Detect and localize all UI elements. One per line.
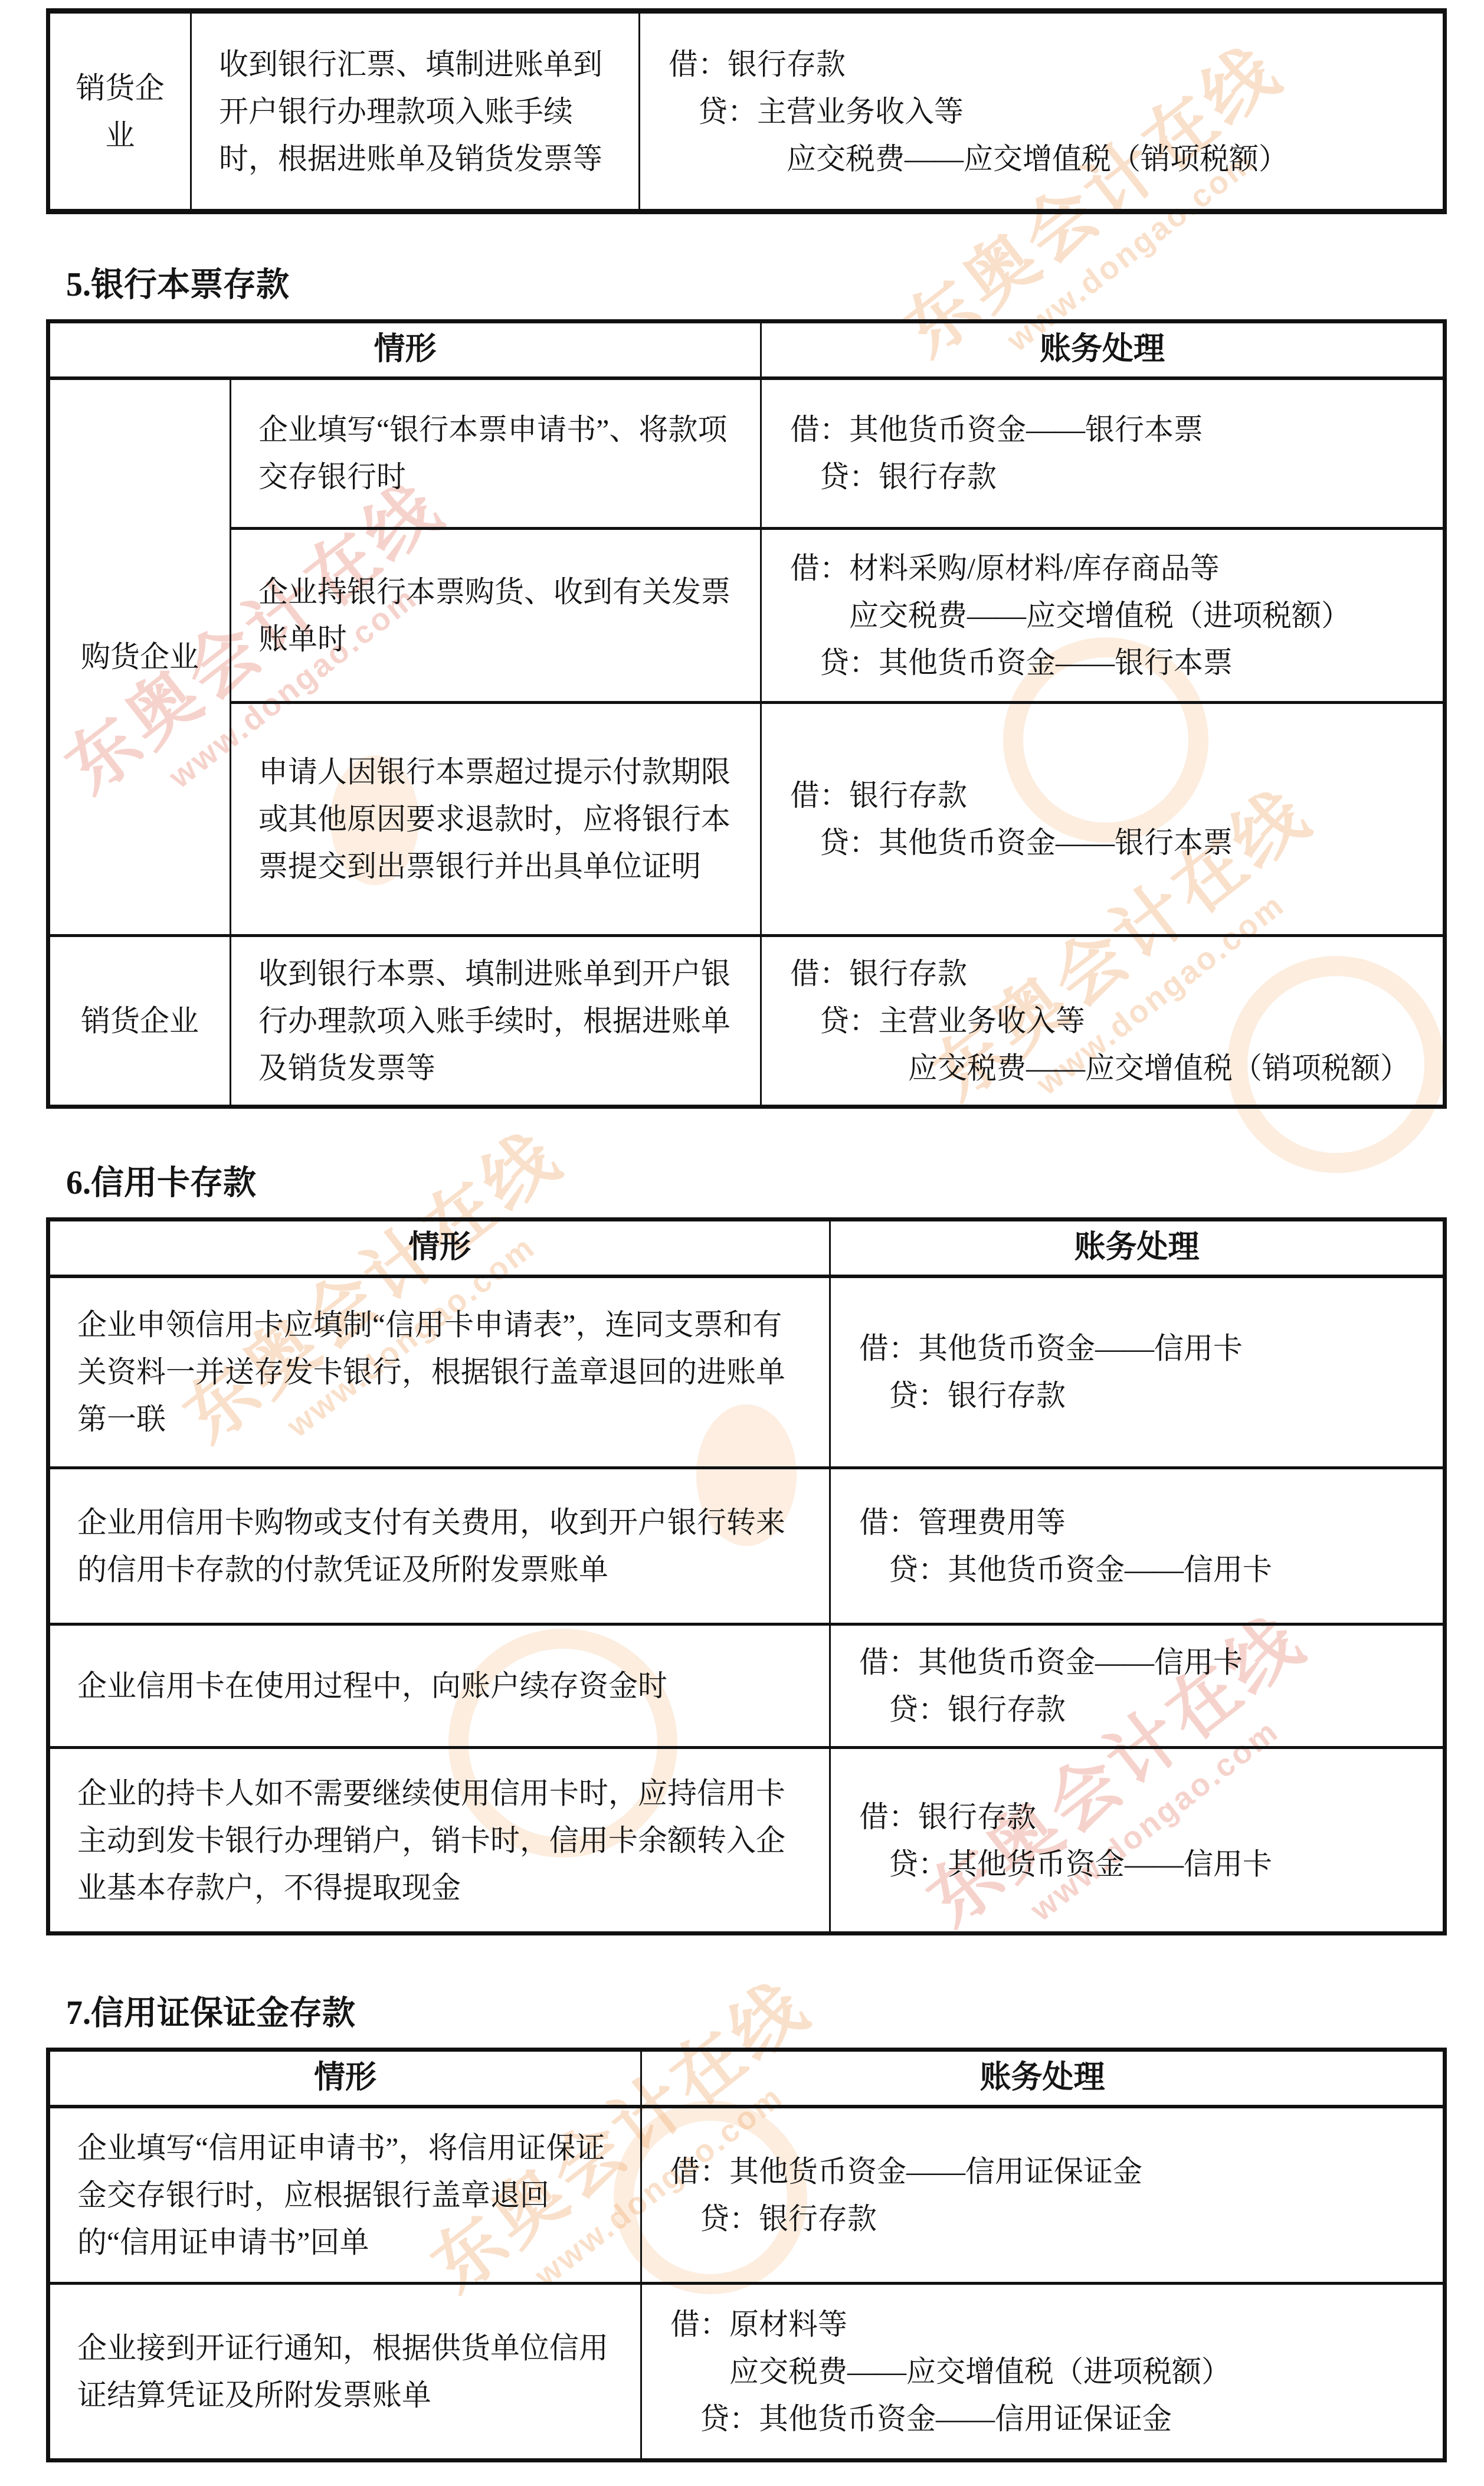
table-row: 企业填写“信用证申请书”，将信用证保证金交存银行时，应根据银行盖章退回的“信用证… <box>48 2107 1445 2284</box>
situation-cell: 收到银行汇票、填制进账单到开户银行办理款项入账手续时，根据进账单及销货发票等 <box>191 11 640 212</box>
situation-cell: 企业接到开证行通知，根据供货单位信用证结算凭证及所附发票账单 <box>48 2284 641 2461</box>
header-accounting: 账务处理 <box>761 322 1445 378</box>
table-row: 企业用信用卡购物或支付有关费用，收到开户银行转来的信用卡存款的付款凭证及所附发票… <box>48 1468 1445 1624</box>
header-situation: 情形 <box>48 322 761 378</box>
situation-cell: 企业的持卡人如不需要继续使用信用卡时，应持信用卡主动到发卡银行办理销户，销卡时，… <box>48 1748 830 1934</box>
journal-entries-cell: 借：银行存款 贷：其他货币资金——信用卡 <box>830 1748 1445 1934</box>
table-header-row: 情形 账务处理 <box>48 322 1445 378</box>
journal-entries-cell: 借：银行存款 贷：主营业务收入等 应交税费——应交增值税（销项税额） <box>640 11 1445 212</box>
journal-entries-cell: 借：其他货币资金——银行本票 贷：银行存款 <box>761 378 1445 529</box>
section6-heading: 6.信用卡存款 <box>46 1167 1443 1200</box>
situation-cell: 收到银行本票、填制进账单到开户银行办理款项入账手续时，根据进账单及销货发票等 <box>231 936 761 1107</box>
journal-entries-cell: 借：其他货币资金——信用卡 贷：银行存款 <box>830 1276 1445 1468</box>
table-header-row: 情形 账务处理 <box>48 2050 1445 2107</box>
section5-table: 情形 账务处理 购货企业 企业填写“银行本票申请书”、将款项交存银行时 借：其他… <box>46 319 1447 1109</box>
situation-cell: 申请人因银行本票超过提示付款期限或其他原因要求退款时，应将银行本票提交到出票银行… <box>231 703 761 936</box>
table-header-row: 情形 账务处理 <box>48 1220 1445 1276</box>
section5-heading: 5.银行本票存款 <box>46 268 1443 302</box>
header-accounting: 账务处理 <box>830 1220 1445 1276</box>
table-row: 购货企业 企业填写“银行本票申请书”、将款项交存银行时 借：其他货币资金——银行… <box>48 378 1445 529</box>
carryover-table: 销货企业 收到银行汇票、填制进账单到开户银行办理款项入账手续时，根据进账单及销货… <box>46 8 1447 214</box>
table-row: 企业持银行本票购货、收到有关发票账单时 借：材料采购/原材料/库存商品等 应交税… <box>48 529 1445 703</box>
section6-table: 情形 账务处理 企业申领信用卡应填制“信用卡申请表”，连同支票和有关资料一并送存… <box>46 1217 1447 1935</box>
table-row: 企业申领信用卡应填制“信用卡申请表”，连同支票和有关资料一并送存发卡银行，根据银… <box>48 1276 1445 1468</box>
party-cell: 销货企业 <box>48 11 191 212</box>
journal-entries-cell: 借：银行存款 贷：其他货币资金——银行本票 <box>761 703 1445 936</box>
table-row: 销货企业 收到银行汇票、填制进账单到开户银行办理款项入账手续时，根据进账单及销货… <box>48 11 1445 212</box>
situation-cell: 企业申领信用卡应填制“信用卡申请表”，连同支票和有关资料一并送存发卡银行，根据银… <box>48 1276 830 1468</box>
party-cell: 销货企业 <box>48 936 231 1107</box>
journal-entries-cell: 借：其他货币资金——信用证保证金 贷：银行存款 <box>641 2107 1445 2284</box>
table-row: 销货企业 收到银行本票、填制进账单到开户银行办理款项入账手续时，根据进账单及销货… <box>48 936 1445 1107</box>
situation-cell: 企业信用卡在使用过程中，向账户续存资金时 <box>48 1624 830 1748</box>
journal-entries-cell: 借：原材料等 应交税费——应交增值税（进项税额） 贷：其他货币资金——信用证保证… <box>641 2284 1445 2461</box>
situation-cell: 企业填写“信用证申请书”，将信用证保证金交存银行时，应根据银行盖章退回的“信用证… <box>48 2107 641 2284</box>
party-cell: 购货企业 <box>48 378 231 936</box>
table-row: 企业接到开证行通知，根据供货单位信用证结算凭证及所附发票账单 借：原材料等 应交… <box>48 2284 1445 2461</box>
header-accounting: 账务处理 <box>641 2050 1445 2107</box>
situation-cell: 企业用信用卡购物或支付有关费用，收到开户银行转来的信用卡存款的付款凭证及所附发票… <box>48 1468 830 1624</box>
table-row: 企业的持卡人如不需要继续使用信用卡时，应持信用卡主动到发卡银行办理销户，销卡时，… <box>48 1748 1445 1934</box>
table-row: 企业信用卡在使用过程中，向账户续存资金时 借：其他货币资金——信用卡 贷：银行存… <box>48 1624 1445 1748</box>
journal-entries-cell: 借：银行存款 贷：主营业务收入等 应交税费——应交增值税（销项税额） <box>761 936 1445 1107</box>
journal-entries-cell: 借：管理费用等 贷：其他货币资金——信用卡 <box>830 1468 1445 1624</box>
table-row: 申请人因银行本票超过提示付款期限或其他原因要求退款时，应将银行本票提交到出票银行… <box>48 703 1445 936</box>
section7-table: 情形 账务处理 企业填写“信用证申请书”，将信用证保证金交存银行时，应根据银行盖… <box>46 2048 1447 2462</box>
header-situation: 情形 <box>48 2050 641 2107</box>
page-content: 销货企业 收到银行汇票、填制进账单到开户银行办理款项入账手续时，根据进账单及销货… <box>0 8 1484 2486</box>
journal-entries-cell: 借：其他货币资金——信用卡 贷：银行存款 <box>830 1624 1445 1748</box>
situation-cell: 企业填写“银行本票申请书”、将款项交存银行时 <box>231 378 761 529</box>
document-page: { "watermark": { "brand": "东奥会计在线", "url… <box>0 0 1484 2486</box>
situation-cell: 企业持银行本票购货、收到有关发票账单时 <box>231 529 761 703</box>
section7-heading: 7.信用证保证金存款 <box>46 1997 1443 2030</box>
journal-entries-cell: 借：材料采购/原材料/库存商品等 应交税费——应交增值税（进项税额） 贷：其他货… <box>761 529 1445 703</box>
header-situation: 情形 <box>48 1220 830 1276</box>
